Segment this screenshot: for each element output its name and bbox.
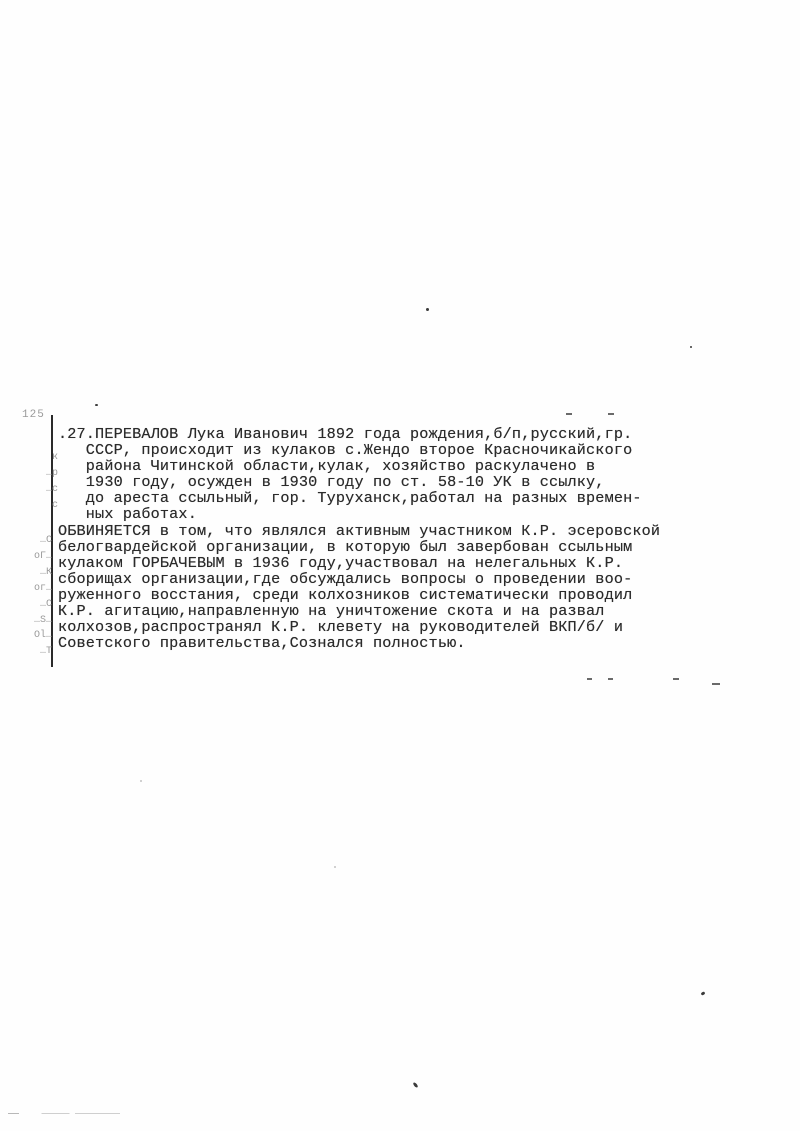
record-line: СССР, происходит из кулаков с.Жендо втор… [58, 442, 798, 458]
margin-note: с [28, 498, 58, 514]
scan-mark [608, 678, 613, 680]
scan-speck [412, 1082, 418, 1089]
margin-note: к [28, 450, 58, 466]
scan-mark [587, 678, 592, 680]
margin-note: …С [18, 533, 52, 549]
margin-note: Ol… [18, 628, 52, 644]
scan-speck [334, 866, 336, 868]
margin-note: ог… [18, 581, 52, 597]
margin-note: …Т [18, 644, 52, 660]
record-line: района Читинской области,кулак, хозяйств… [58, 458, 798, 474]
accusation-line: кулаком ГОРБАЧЕВЫМ в 1936 году,участвова… [58, 555, 798, 571]
margin-note: …S… [18, 613, 52, 629]
record-line: 1930 году, осужден в 1930 году по ст. 58… [58, 474, 798, 490]
typewritten-record-entry: .27.ПЕРЕВАЛОВ Лука Иванович 1892 года ро… [58, 426, 798, 651]
scan-mark [673, 678, 679, 680]
scan-speck [690, 346, 692, 348]
margin-note: …К [18, 565, 52, 581]
scan-speck [701, 991, 706, 996]
scan-speck [95, 404, 98, 406]
accusation-line: белогвардейской организации, в которую б… [58, 539, 798, 555]
scan-footer-artifact [8, 1113, 120, 1114]
margin-note: …С [18, 597, 52, 613]
accusation-line: ОБВИНЯЕТСЯ в том, что являлся активным у… [58, 523, 798, 539]
accusation-line: руженного восстания, среди колхозников с… [58, 587, 798, 603]
scanned-document-page: 125 к …р …с с …С оГ… …К ог… …С …S… Ol… …… [0, 0, 800, 1131]
accusation-line: К.Р. агитацию,направленную на уничтожени… [58, 603, 798, 619]
margin-notes-upper: к …р …с с [28, 450, 58, 514]
scan-mark [712, 683, 720, 685]
accusation-line: Советского правительства,Сознался полнос… [58, 635, 798, 651]
margin-page-number: 125 [22, 409, 45, 421]
accusation-line: сборищах организации,где обсуждались воп… [58, 571, 798, 587]
record-line: до ареста ссыльный, гор. Туруханск,работ… [58, 490, 798, 506]
record-line: .27.ПЕРЕВАЛОВ Лука Иванович 1892 года ро… [58, 426, 798, 442]
scan-mark [608, 413, 614, 415]
margin-notes: …С оГ… …К ог… …С …S… Ol… …Т [18, 533, 52, 660]
margin-note: оГ… [18, 549, 52, 565]
record-line: ных работах. [58, 506, 798, 522]
scan-speck [140, 780, 142, 782]
margin-note: …р [28, 466, 58, 482]
accusation-line: колхозов,распространял К.Р. клевету на р… [58, 619, 798, 635]
scan-mark [566, 413, 572, 415]
margin-note: …с [28, 482, 58, 498]
scan-speck [426, 308, 429, 311]
